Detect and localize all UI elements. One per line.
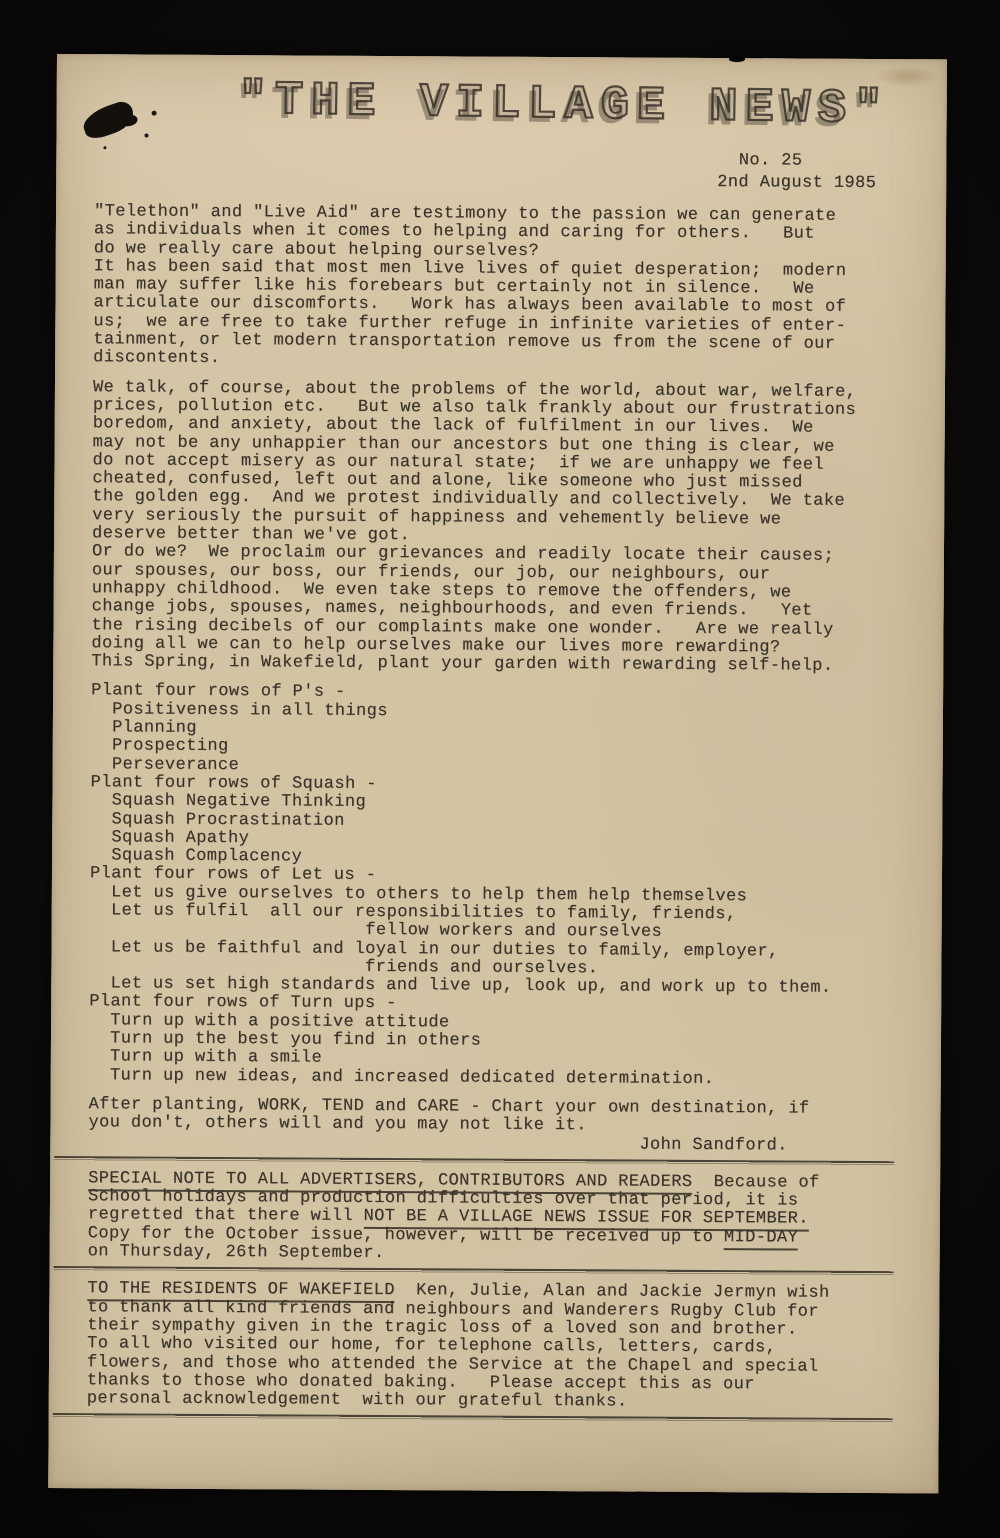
newsletter-page: "THE VILLAGE NEWS" No. 25 2nd August 198… (48, 54, 947, 1493)
text-segment: Because of (692, 1173, 819, 1193)
article-body: "Telethon" and "Live Aid" are testimony … (88, 203, 922, 1138)
text-line: personal acknowledgement with our gratef… (87, 1390, 915, 1413)
divider-line (54, 1156, 894, 1166)
divider-line (54, 1266, 894, 1276)
signature-line: John Sandford. (88, 1133, 916, 1156)
residents-note-section: TO THE RESIDENTS OF WAKEFIELD Ken, Julie… (87, 1281, 916, 1414)
divider-line (53, 1413, 893, 1423)
page-content: "Telethon" and "Live Aid" are testimony … (49, 54, 947, 1424)
underlined-text: MID-DAY (724, 1228, 798, 1250)
special-note-section: SPECIAL NOTE TO ALL ADVERTISERS, CONTRIB… (88, 1170, 917, 1267)
scanner-background: "THE VILLAGE NEWS" No. 25 2nd August 198… (0, 0, 1000, 1538)
